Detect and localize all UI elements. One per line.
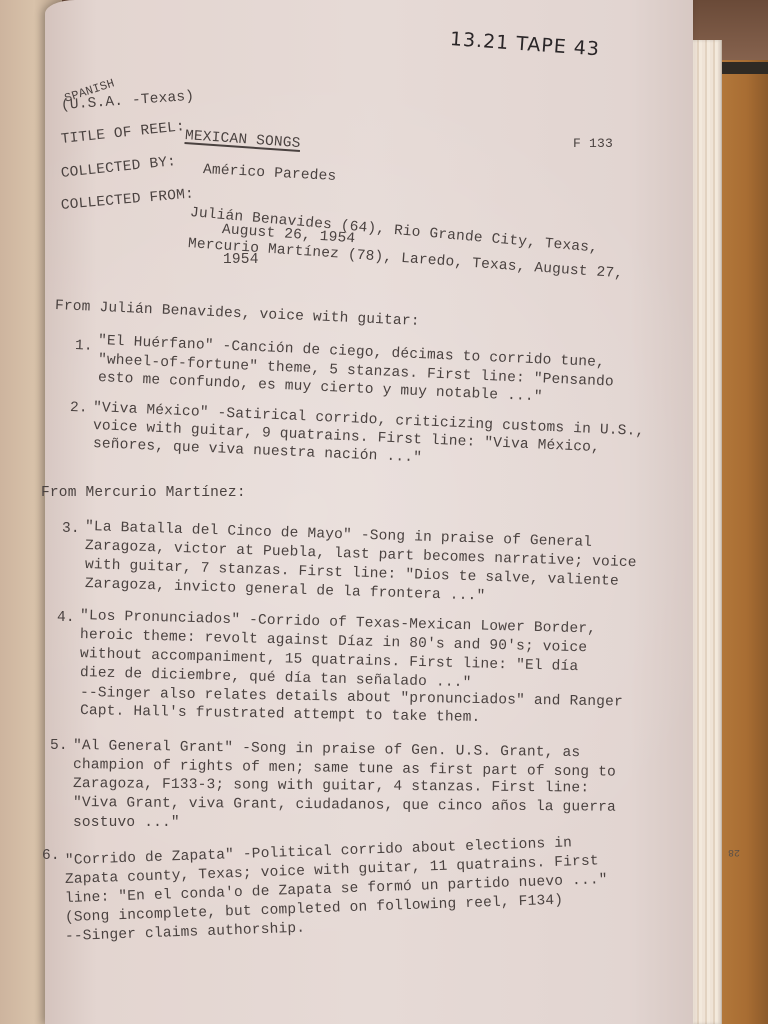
binder-cover <box>715 60 768 1024</box>
title-of-reel-label: TITLE OF REEL: <box>60 119 186 148</box>
entry-number: 5. <box>50 738 68 754</box>
collected-from-line: 1954 <box>223 252 259 268</box>
edge-mark: 28 <box>728 846 740 857</box>
entry-number: 1. <box>75 338 93 355</box>
collected-by-value: Américo Paredes <box>203 162 337 185</box>
entry-number: 2. <box>70 400 88 417</box>
entry-number: 6. <box>42 848 60 864</box>
reel-title: MEXICAN SONGS <box>184 128 301 152</box>
entry-line: "Viva Grant, viva Grant, ciudadanos, que… <box>73 795 616 816</box>
document-page: 13.21 TAPE 43 SPANISH (U.S.A. -Texas) TI… <box>45 0 693 1024</box>
entry-number: 4. <box>57 610 75 626</box>
collected-from-label: COLLECTED FROM: <box>60 186 194 214</box>
section-heading: From Julián Benavides, voice with guitar… <box>55 298 420 330</box>
collected-by-label: COLLECTED BY: <box>60 154 177 182</box>
reel-number: F 133 <box>573 136 613 151</box>
section-heading: From Mercurio Martínez: <box>41 485 246 501</box>
handwritten-note: 13.21 TAPE 43 <box>449 28 600 60</box>
entry-number: 3. <box>62 521 80 537</box>
binder-spine-strip <box>717 62 768 74</box>
entry-line: sostuvo ..." <box>73 815 180 831</box>
entry-line: Zaragoza, F133-3; song with guitar, 4 st… <box>73 776 589 797</box>
